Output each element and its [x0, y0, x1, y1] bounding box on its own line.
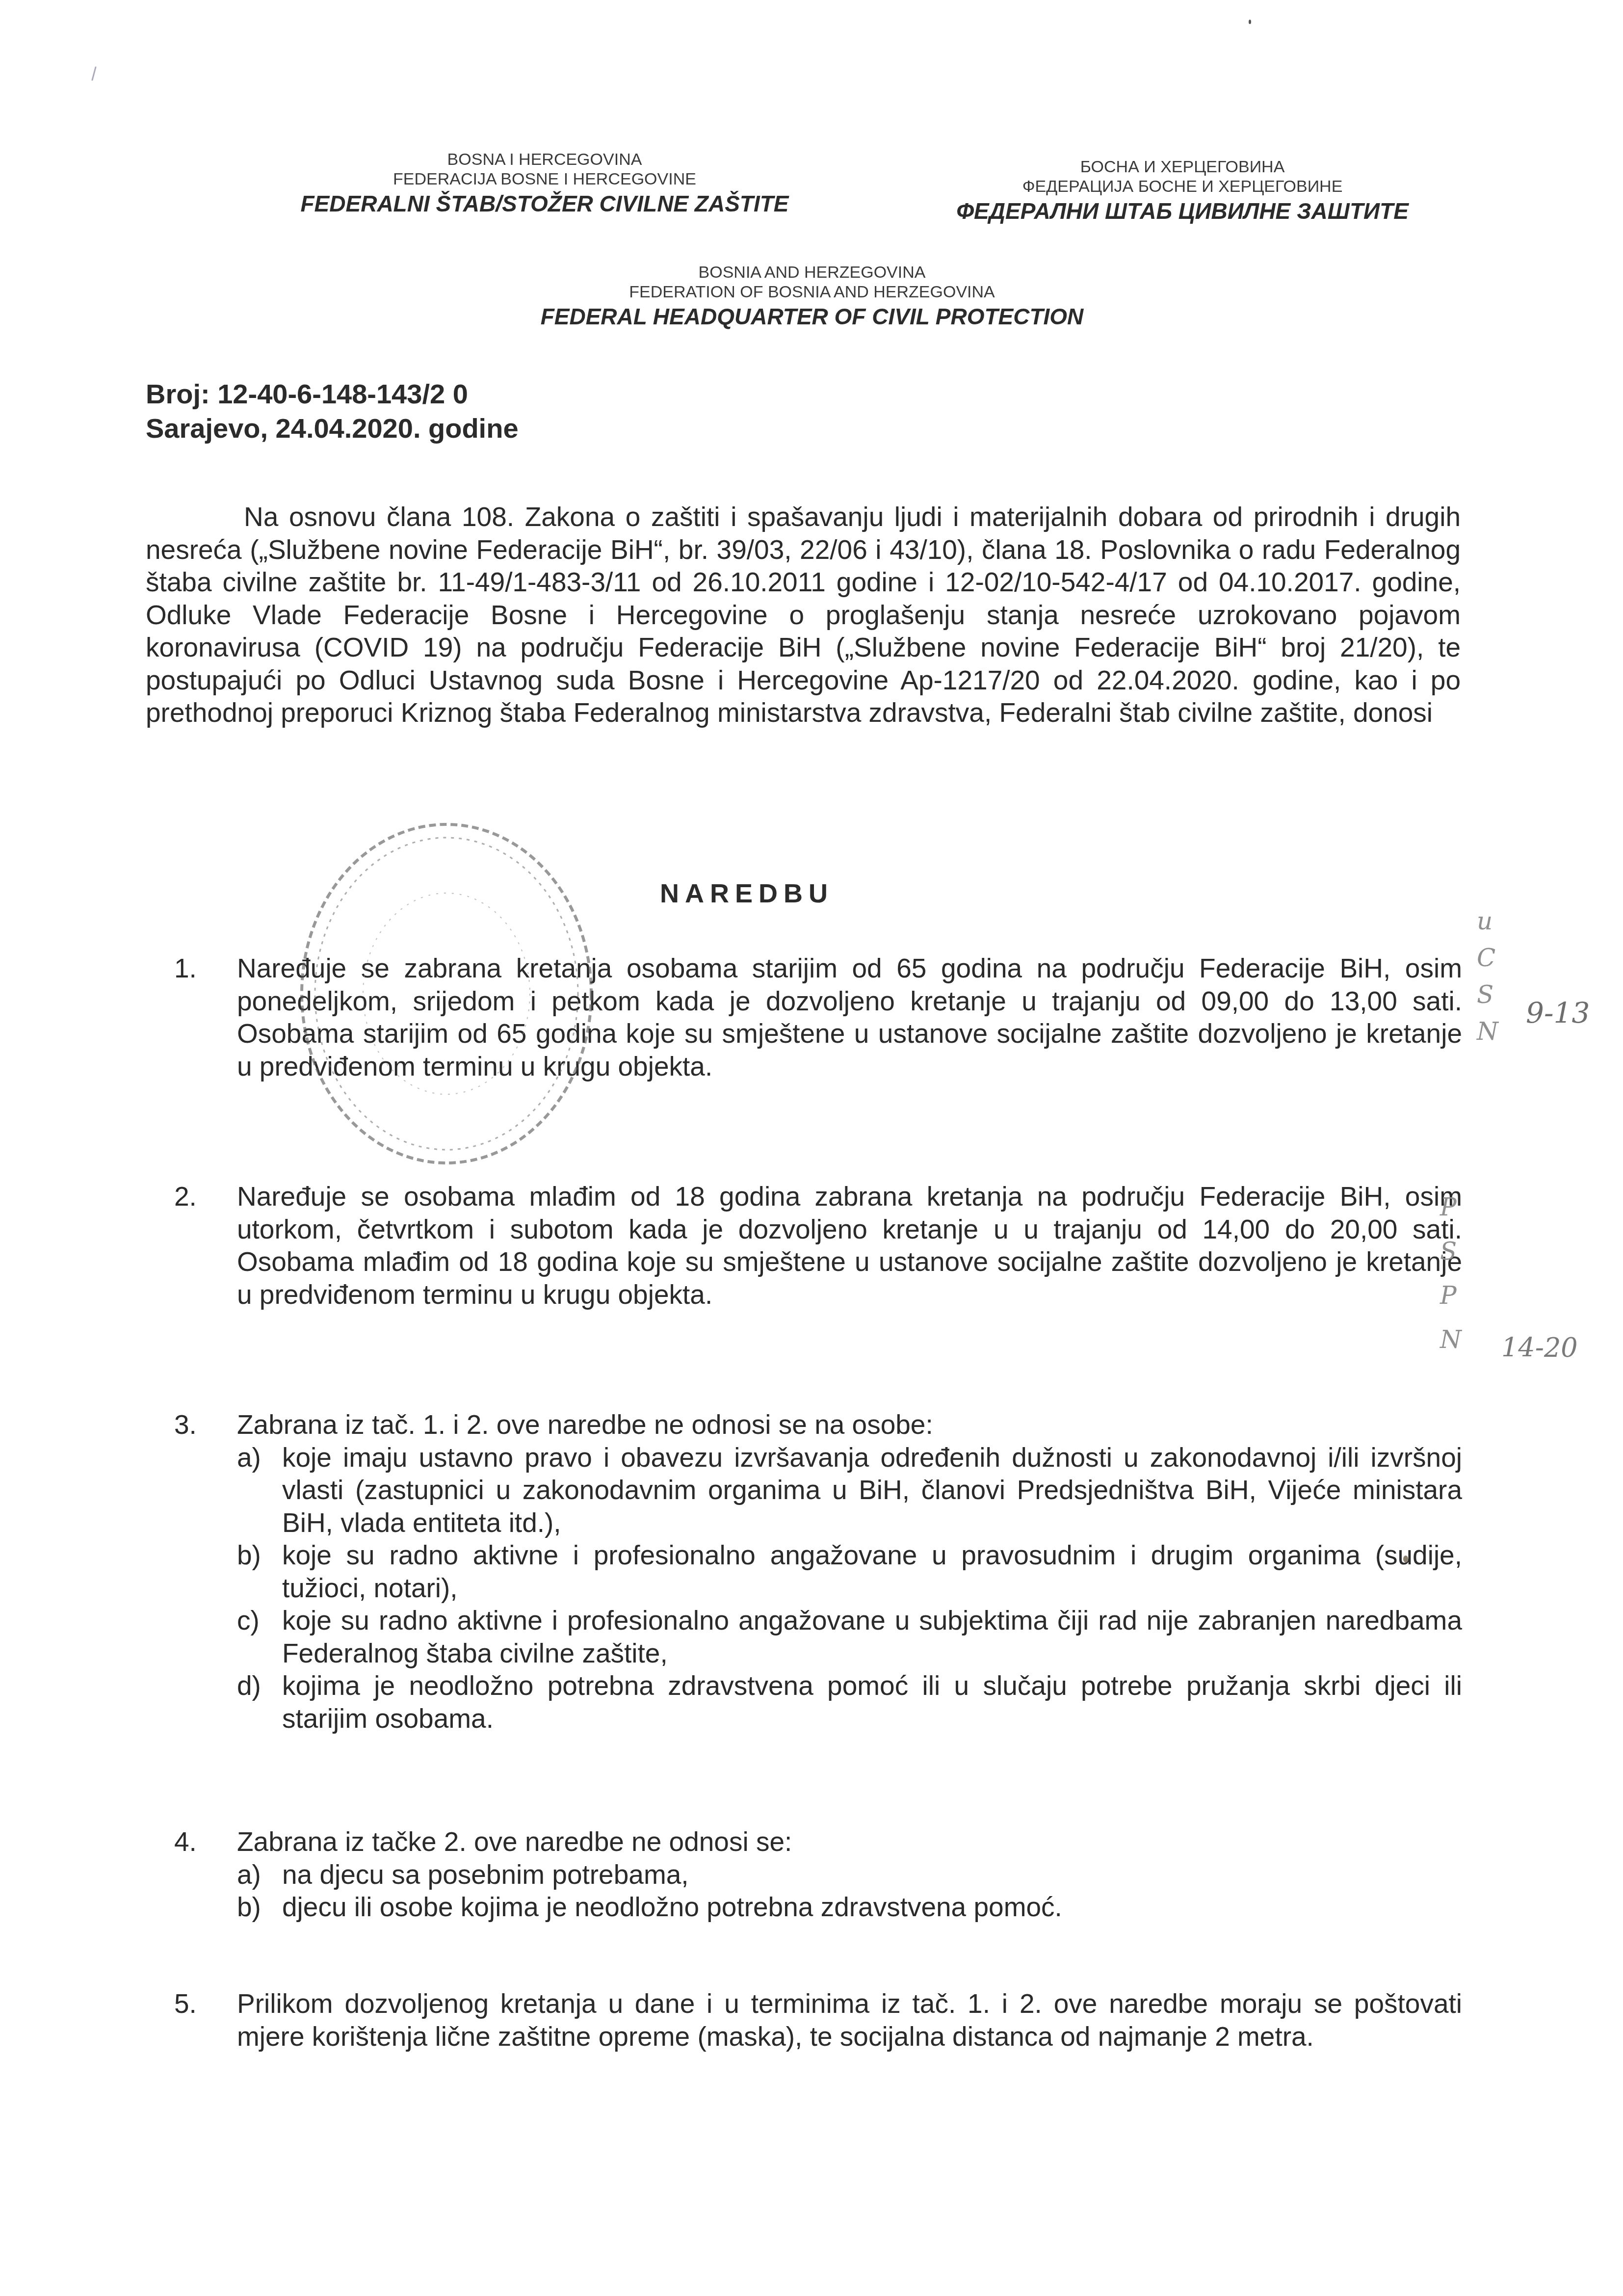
- note-letter: N: [1440, 1318, 1462, 1362]
- sub-item-label: a): [237, 1858, 261, 1891]
- letterhead-english: BOSNIA AND HERZEGOVINA FEDERATION OF BOS…: [456, 263, 1168, 331]
- order-item-5: 5. Prilikom dozvoljenog kretanja u dane …: [174, 1987, 1462, 2053]
- item-number: 1.: [174, 952, 223, 985]
- letterhead-latin: BOSNA I HERCEGOVINA FEDERACIJA BOSNE I H…: [231, 150, 859, 218]
- sub-item-text: koje su radno aktivne i profesionalno an…: [282, 1539, 1462, 1604]
- item-text: Prilikom dozvoljenog kretanja u dane i u…: [237, 1987, 1462, 2053]
- sub-item-label: a): [237, 1441, 261, 1474]
- federation-name-cyrillic: ФЕДЕРАЦИЈА БОСНЕ И ХЕРЦЕГОВИНЕ: [878, 177, 1487, 196]
- note-letter: S: [1477, 976, 1498, 1013]
- order-item-2: 2. Naređuje se osobama mlađim od 18 godi…: [174, 1180, 1462, 1311]
- note-letter: S: [1440, 1229, 1462, 1273]
- scan-speck: [1249, 20, 1251, 24]
- country-name-cyrillic: БОСНА И ХЕРЦЕГОВИНА: [878, 157, 1487, 177]
- country-name-english: BOSNIA AND HERZEGOVINA: [456, 263, 1168, 282]
- institution-name: FEDERALNI ŠTAB/STOŽER CIVILNE ZAŠTITE: [231, 189, 859, 218]
- handwritten-note-youth: P S P N: [1440, 1185, 1462, 1362]
- institution-name-cyrillic: ФЕДЕРАЛНИ ШТАБ ЦИВИЛНЕ ЗАШТИТЕ: [878, 196, 1487, 226]
- federation-name-english: FEDERATION OF BOSNIA AND HERZEGOVINA: [456, 282, 1168, 302]
- sub-item-text: kojima je neodložno potrebna zdravstvena…: [282, 1669, 1462, 1735]
- sub-item: b) djecu ili osobe kojima je neodložno p…: [237, 1891, 1462, 1924]
- item-text: Naređuje se zabrana kretanja osobama sta…: [237, 952, 1462, 1082]
- legal-basis-paragraph: Na osnovu člana 108. Zakona o zaštiti i …: [146, 501, 1461, 729]
- handwritten-time-youth: 14-20: [1501, 1332, 1578, 1363]
- item-number: 3.: [174, 1408, 223, 1441]
- document-number: Broj: 12-40-6-148-143/2 0: [146, 378, 468, 410]
- note-letter: P: [1440, 1185, 1462, 1229]
- item-number: 5.: [174, 1987, 223, 2020]
- sub-item-text: na djecu sa posebnim potrebama,: [282, 1858, 1462, 1891]
- order-item-4: 4. Zabrana iz tačke 2. ove naredbe ne od…: [174, 1825, 1462, 1924]
- item-number: 2.: [174, 1180, 223, 1213]
- note-letter: C: [1477, 940, 1498, 976]
- item-text: Zabrana iz tač. 1. i 2. ove naredbe ne o…: [237, 1408, 1462, 1441]
- sub-item: b) koje su radno aktivne i profesionalno…: [237, 1539, 1462, 1604]
- sub-item-text: djecu ili osobe kojima je neodložno potr…: [282, 1891, 1462, 1924]
- sub-item-label: d): [237, 1669, 261, 1702]
- note-letter: P: [1440, 1273, 1462, 1318]
- sub-item-label: b): [237, 1539, 261, 1572]
- note-letter: u: [1477, 903, 1498, 940]
- letterhead-cyrillic: БОСНА И ХЕРЦЕГОВИНА ФЕДЕРАЦИЈА БОСНЕ И Х…: [878, 157, 1487, 226]
- note-letter: N: [1477, 1013, 1498, 1050]
- document-place-date: Sarajevo, 24.04.2020. godine: [146, 412, 519, 444]
- order-item-1: 1. Naređuje se zabrana kretanja osobama …: [174, 952, 1462, 1082]
- federation-name: FEDERACIJA BOSNE I HERCEGOVINE: [231, 169, 859, 189]
- item-number: 4.: [174, 1825, 223, 1858]
- handwritten-time-elderly: 9-13: [1526, 996, 1590, 1029]
- item-text: Naređuje se osobama mlađim od 18 godina …: [237, 1180, 1462, 1311]
- sub-item-text: koje imaju ustavno pravo i obavezu izvrš…: [282, 1441, 1462, 1539]
- sub-item-label: c): [237, 1604, 260, 1637]
- sub-item-label: b): [237, 1891, 261, 1924]
- sub-item: c) koje su radno aktivne i profesionalno…: [237, 1604, 1462, 1669]
- institution-name-english: FEDERAL HEADQUARTER OF CIVIL PROTECTION: [456, 302, 1168, 331]
- sub-item: a) na djecu sa posebnim potrebama,: [237, 1858, 1462, 1891]
- sub-item: d) kojima je neodložno potrebna zdravstv…: [237, 1669, 1462, 1735]
- scan-speck: [91, 66, 97, 81]
- country-name: BOSNA I HERCEGOVINA: [231, 150, 859, 169]
- document-heading: NAREDBU: [660, 878, 834, 909]
- order-item-3: 3. Zabrana iz tač. 1. i 2. ove naredbe n…: [174, 1408, 1462, 1735]
- sub-item: a) koje imaju ustavno pravo i obavezu iz…: [237, 1441, 1462, 1539]
- item-text: Zabrana iz tačke 2. ove naredbe ne odnos…: [237, 1825, 1462, 1858]
- sub-item-text: koje su radno aktivne i profesionalno an…: [282, 1604, 1462, 1669]
- handwritten-note-elderly: u C S N: [1477, 903, 1498, 1050]
- scan-speck: [1403, 1556, 1408, 1562]
